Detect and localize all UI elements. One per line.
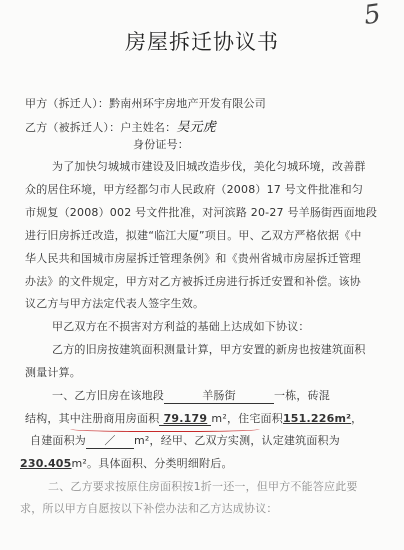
paragraph-line: 市规复（2008）002 号文件批准，对河滨路 20-27 号羊肠街西面地段 — [25, 204, 377, 220]
paragraph-line: 议乙方与甲方法定代表人签字生效。 — [25, 295, 204, 311]
clause-1-line-3: 自建面积为／m²，经甲、乙双方实测，认定建筑面积为 — [30, 432, 340, 449]
document-title: 房屋拆迁协议书 — [0, 26, 404, 56]
street-field: 羊肠街 — [164, 387, 274, 404]
paragraph-line: 众的居住环境，甲方经都匀市人民政府（2008）17 号文件批准和匀 — [25, 181, 363, 197]
clause-1-line-2: 结构，其中注册商用房面积79.179m²，住宅面积151.226m²， — [25, 410, 362, 426]
clause-2-line-1: 二、乙方要求按原住房面积按1折一还一，但甲方不能答应此要 — [48, 478, 358, 494]
party-b-label: 乙方（被拆迁人）： — [25, 121, 120, 134]
party-b: 乙方（被拆迁人）：户主姓名：吴元虎 — [25, 116, 216, 135]
self-built-area: ／ — [86, 432, 134, 449]
paragraph-line: 办法》的文件规定，甲方对乙方被拆迁房进行拆迁安置和补偿。该协 — [25, 273, 361, 289]
paragraph-line: 测量计算。 — [25, 364, 81, 380]
owner-signature: 吴元虎 — [176, 120, 216, 135]
commercial-area: 79.179 — [159, 412, 211, 426]
owner-label: 户主姓名： — [120, 121, 176, 134]
party-a: 甲方（拆迁人）：黔南州环宇房地产开发有限公司 — [25, 95, 266, 111]
total-area: 230.405 — [20, 457, 72, 470]
id-number-label: 身份证号： — [133, 136, 189, 152]
paragraph-line: 华人民共和国城市房屋拆迁管理条例》和《贵州省城市房屋拆迁管理 — [25, 250, 361, 266]
paragraph-line: 进行旧房拆迁改造，拟建“临江大厦”项目。甲、乙双方严格依据《中 — [25, 227, 362, 243]
clause-1-line-4: 230.405m²。具体面积、分类明细附后。 — [20, 455, 233, 471]
red-pen-underline — [70, 425, 260, 432]
paragraph-line: 为了加快匀城城市建设及旧城改造步伐，美化匀城环境，改善群 — [52, 158, 366, 174]
residential-area: 151.226m² — [283, 412, 351, 425]
paragraph-line: 甲乙双方在不损害对方利益的基础上达成如下协议： — [52, 318, 310, 334]
clause-2-line-2: 求，所以甲方自愿按以下补偿办法和乙方达成协议： — [20, 500, 278, 516]
paragraph-line: 乙方的旧房按建筑面积测量计算，甲方安置的新房也按建筑面积 — [52, 341, 366, 357]
clause-1-line-1: 一、乙方旧房在该地段羊肠街一栋，砖混 — [52, 387, 330, 404]
